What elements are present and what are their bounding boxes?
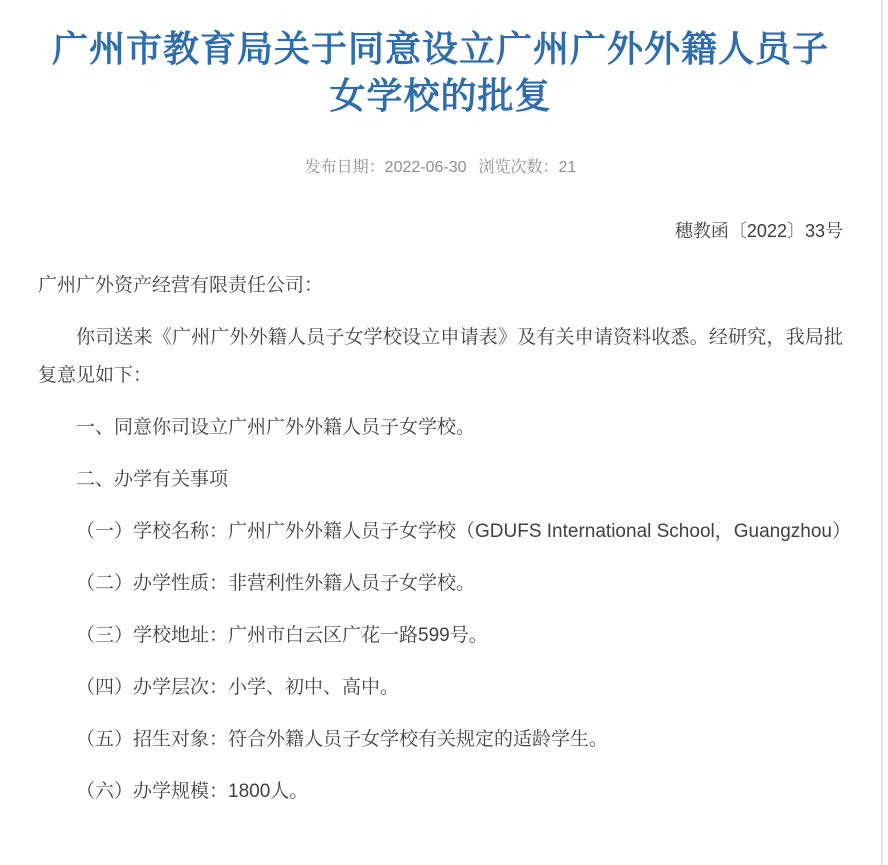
document-body: 广州广外资产经营有限责任公司： 你司送来《广州广外外籍人员子女学校设立申请表》及… xyxy=(38,267,843,812)
publish-date-value: 2022-06-30 xyxy=(385,159,467,176)
item-paragraph-8: （六）办学规模：1800人。 xyxy=(38,773,843,812)
publish-meta: 发布日期：2022-06-30浏览次数：21 xyxy=(38,154,843,177)
page-title: 广州市教育局关于同意设立广州广外外籍人员子女学校的批复 xyxy=(38,26,843,120)
view-count-value: 21 xyxy=(559,159,577,176)
item-paragraph-3: （一）学校名称：广州广外外籍人员子女学校（GDUFS International… xyxy=(38,513,843,552)
salutation: 广州广外资产经营有限责任公司： xyxy=(38,267,843,306)
intro-paragraph: 你司送来《广州广外外籍人员子女学校设立申请表》及有关申请资料收悉。经研究，我局批… xyxy=(38,319,843,397)
publish-date-label: 发布日期： xyxy=(305,159,385,176)
item-paragraph-7: （五）招生对象：符合外籍人员子女学校有关规定的适龄学生。 xyxy=(38,721,843,760)
item-paragraph-4: （二）办学性质：非营利性外籍人员子女学校。 xyxy=(38,565,843,604)
item-paragraph-5: （三）学校地址：广州市白云区广花一路599号。 xyxy=(38,617,843,656)
item-paragraph-6: （四）办学层次：小学、初中、高中。 xyxy=(38,669,843,708)
document-number: 穗教函〔2022〕33号 xyxy=(38,217,843,243)
article-page: 广州市教育局关于同意设立广州广外外籍人员子女学校的批复 发布日期：2022-06… xyxy=(0,0,883,865)
item-paragraph-1: 一、同意你司设立广州广外外籍人员子女学校。 xyxy=(38,409,843,448)
item-paragraph-2: 二、办学有关事项 xyxy=(38,461,843,500)
view-count-label: 浏览次数： xyxy=(479,159,559,176)
article-viewport: 广州市教育局关于同意设立广州广外外籍人员子女学校的批复 发布日期：2022-06… xyxy=(0,0,888,865)
